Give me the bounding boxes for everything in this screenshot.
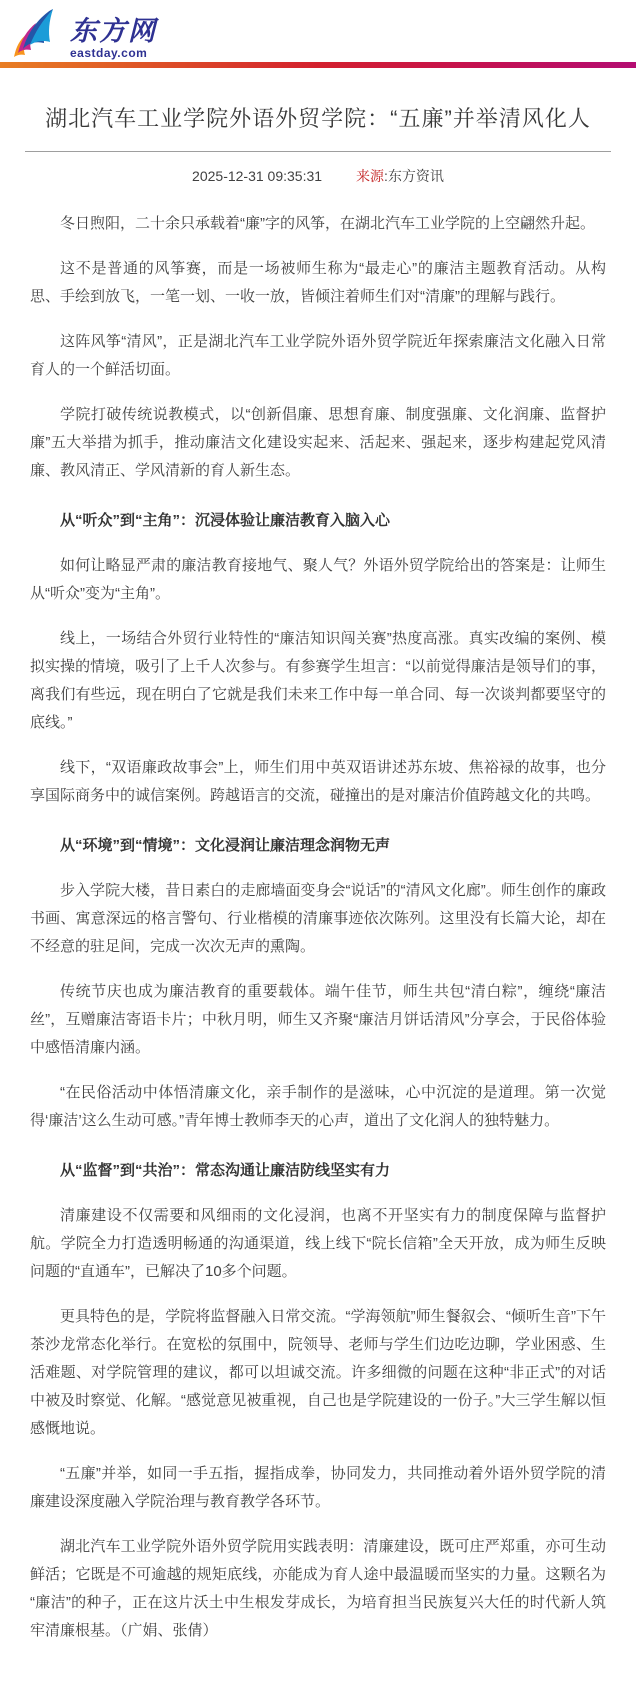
article-paragraph: 这不是普通的风筝赛，而是一场被师生称为“最走心”的廉洁主题教育活动。从构思、手绘… (30, 255, 606, 311)
logo-text: 东方网 eastday.com (70, 18, 157, 61)
header-gradient-bar (0, 62, 636, 68)
article-paragraph: 线上，一场结合外贸行业特性的“廉洁知识闯关赛”热度高涨。真实改编的案例、模拟实操… (30, 625, 606, 737)
site-name: 东方网 (70, 18, 157, 45)
section-heading: 从“环境”到“情境”：文化浸润让廉洁理念润物无声 (30, 832, 606, 860)
article-paragraph: 如何让略显严肃的廉洁教育接地气、聚人气？外语外贸学院给出的答案是：让师生从“听众… (30, 552, 606, 608)
article-title: 湖北汽车工业学院外语外贸学院：“五廉”并举清风化人 (30, 104, 606, 135)
eastday-swoosh-icon (10, 7, 66, 61)
publish-datetime: 2025-12-31 09:35:31 (192, 168, 322, 184)
page: 东方网 eastday.com 湖北汽车工业学院外语外贸学院：“五廉”并举清风化… (0, 0, 636, 1702)
article: 湖北汽车工业学院外语外贸学院：“五廉”并举清风化人 2025-12-31 09:… (0, 104, 636, 1702)
site-domain: eastday.com (70, 47, 157, 59)
article-meta: 2025-12-31 09:35:31来源:东方资讯 (30, 166, 606, 186)
article-paragraph: “五廉”并举，如同一手五指，握指成拳，协同发力，共同推动着外语外贸学院的清廉建设… (30, 1460, 606, 1516)
article-paragraph: 清廉建设不仅需要和风细雨的文化浸润，也离不开坚实有力的制度保障与监督护航。学院全… (30, 1202, 606, 1286)
article-paragraph: 冬日煦阳，二十余只承载着“廉”字的风筝，在湖北汽车工业学院的上空翩然升起。 (30, 210, 606, 238)
article-paragraph: 这阵风筝“清风”，正是湖北汽车工业学院外语外贸学院近年探索廉洁文化融入日常育人的… (30, 328, 606, 384)
article-paragraph: 湖北汽车工业学院外语外贸学院用实践表明：清廉建设，既可庄严郑重，亦可生动鲜活；它… (30, 1533, 606, 1645)
source-value: 东方资讯 (388, 168, 444, 184)
title-divider (25, 151, 611, 152)
source-label: 来源 (356, 168, 384, 184)
eastday-logo[interactable]: 东方网 eastday.com (10, 7, 157, 61)
article-paragraph: 传统节庆也成为廉洁教育的重要载体。端午佳节，师生共包“清白粽”，缠绕“廉洁丝”，… (30, 978, 606, 1062)
article-paragraph: “在民俗活动中体悟清廉文化，亲手制作的是滋味，心中沉淀的是道理。第一次觉得‘廉洁… (30, 1079, 606, 1135)
article-paragraph: 步入学院大楼，昔日素白的走廊墙面变身会“说话”的“清风文化廊”。师生创作的廉政书… (30, 877, 606, 961)
article-paragraph: 更具特色的是，学院将监督融入日常交流。“学海领航”师生餐叙会、“倾听生音”下午茶… (30, 1303, 606, 1443)
article-paragraph: 学院打破传统说教模式，以“创新倡廉、思想育廉、制度强廉、文化润廉、监督护廉”五大… (30, 401, 606, 485)
section-heading: 从“听众”到“主角”：沉浸体验让廉洁教育入脑入心 (30, 507, 606, 535)
article-paragraph: 线下，“双语廉政故事会”上，师生们用中英双语讲述苏东坡、焦裕禄的故事，也分享国际… (30, 754, 606, 810)
section-heading: 从“监督”到“共治”：常态沟通让廉洁防线坚实有力 (30, 1157, 606, 1185)
site-header: 东方网 eastday.com (0, 0, 636, 62)
article-body: 冬日煦阳，二十余只承载着“廉”字的风筝，在湖北汽车工业学院的上空翩然升起。这不是… (30, 210, 606, 1702)
